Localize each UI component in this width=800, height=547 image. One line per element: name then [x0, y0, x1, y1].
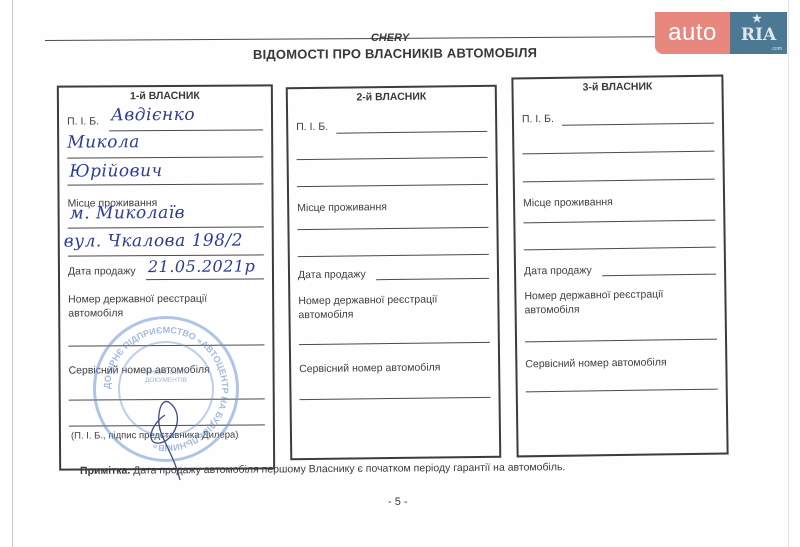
sale-date-label: Дата продажу — [68, 265, 136, 277]
reg-number-label-2: автомобіля — [298, 308, 353, 321]
owner-3-residence-field[interactable] — [523, 220, 715, 224]
owner-3-name-field-3[interactable] — [523, 179, 715, 183]
reg-number-label-2: автомобіля — [525, 304, 580, 317]
name-label: П. І. Б. — [296, 121, 328, 133]
owner-3-service-number-field[interactable] — [526, 389, 718, 393]
owner-2-service-number-field[interactable] — [300, 397, 491, 400]
sale-date-label: Дата продажу — [298, 268, 366, 281]
owner-2-sale-date-field[interactable] — [376, 278, 489, 280]
owner-2-card: 2-й ВЛАСНИК П. І. Б. Місце проживання Да… — [286, 85, 502, 461]
owner-3-name-field-2[interactable] — [522, 151, 714, 155]
field-line — [68, 226, 264, 228]
field-line — [67, 183, 263, 185]
sale-date-label: Дата продажу — [524, 264, 592, 277]
owner-1-surname: Авдієнко — [111, 105, 195, 126]
logo-ria-text: RIA — [741, 25, 776, 45]
service-number-label: Сервісний номер автомобіля — [299, 361, 440, 375]
owner-2-residence-field-2[interactable] — [298, 254, 489, 257]
owner-1-first-name: Микола — [67, 132, 140, 152]
owner-1-title: 1-й ВЛАСНИК — [59, 89, 271, 102]
owner-3-name-field[interactable] — [562, 123, 714, 126]
owner-2-residence-field[interactable] — [297, 227, 488, 230]
service-number-label: Сервісний номер автомобіля — [525, 356, 666, 370]
logo-ria-block: ★ RIA .com — [730, 12, 787, 54]
logo-com-text: .com — [771, 46, 782, 52]
logo-auto-text: auto — [655, 12, 730, 54]
reg-number-label: Номер державної реєстрації — [524, 288, 663, 302]
field-line — [109, 129, 263, 131]
owner-1-residence-1: м. Миколаїв — [70, 203, 186, 224]
owner-1-residence-2: вул. Чкалова 198/2 — [64, 231, 243, 252]
owner-1-sale-date: 21.05.2021р — [148, 256, 255, 276]
reg-number-label: Номер державної реєстрації — [68, 293, 207, 306]
owner-2-name-field-2[interactable] — [297, 157, 488, 160]
page-edge — [12, 0, 13, 547]
owner-3-sale-date-field[interactable] — [602, 274, 716, 277]
field-line — [67, 156, 263, 158]
page-number: - 5 - — [388, 496, 408, 508]
warranty-note: Примітка. Дата продажу автомобіля першом… — [80, 461, 565, 477]
star-icon: ★ — [752, 12, 762, 25]
field-line — [146, 278, 264, 280]
reg-number-label: Номер державної реєстрації — [298, 293, 437, 307]
name-label: П. І. Б. — [67, 115, 99, 127]
owner-2-title: 2-й ВЛАСНИК — [288, 90, 495, 105]
residence-label: Місце проживання — [297, 201, 387, 214]
residence-label: Місце проживання — [523, 196, 613, 209]
owner-2-name-field[interactable] — [336, 131, 487, 134]
note-text: Дата продажу автомобіля першому Власнику… — [130, 461, 565, 476]
owner-1-patronymic: Юрійович — [69, 161, 162, 182]
stamp-center-text: ФІНАНСОВИХ ДОКУМЕНТІВ — [96, 369, 236, 385]
owner-3-title: 3-й ВЛАСНИК — [513, 80, 721, 95]
autoria-logo[interactable]: auto ★ RIA .com — [655, 12, 787, 54]
owner-3-reg-number-field[interactable] — [525, 339, 717, 343]
note-label: Примітка. — [80, 465, 130, 477]
owner-2-reg-number-field[interactable] — [299, 342, 490, 345]
page-edge — [788, 0, 789, 547]
owner-3-card: 3-й ВЛАСНИК П. І. Б. Місце проживання Да… — [511, 75, 728, 458]
owner-3-residence-field-2[interactable] — [524, 247, 716, 251]
reg-number-label-2: автомобіля — [68, 307, 123, 319]
name-label: П. І. Б. — [522, 113, 554, 125]
owner-2-name-field-3[interactable] — [297, 184, 488, 187]
